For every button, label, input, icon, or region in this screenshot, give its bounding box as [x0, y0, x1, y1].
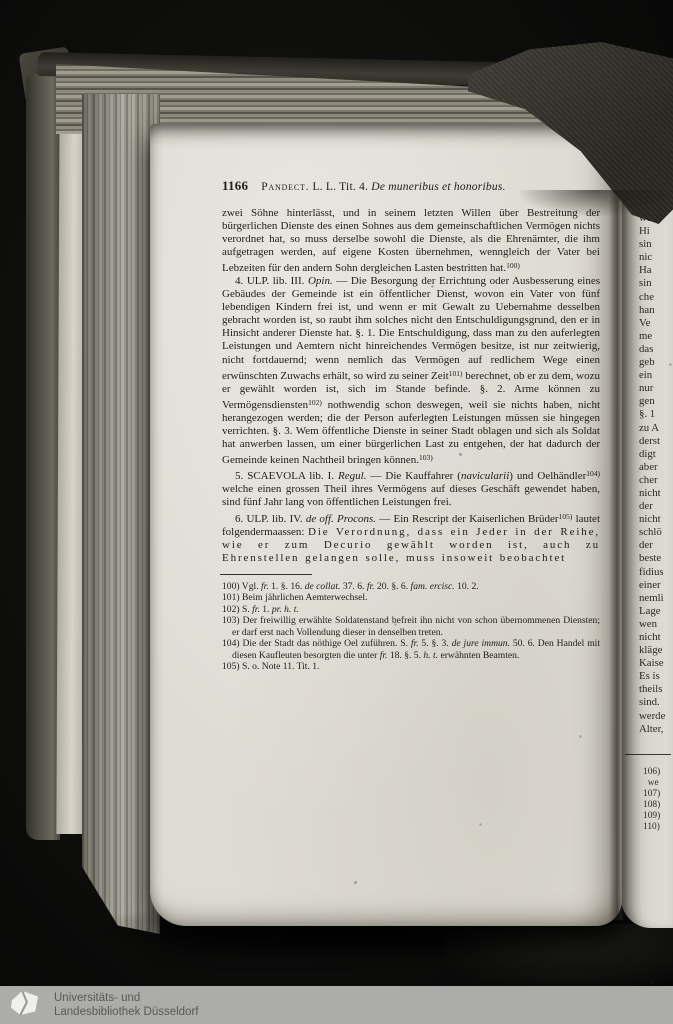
paragraph: 104) Die der Stadt das nöthige Oel zufüh…	[222, 638, 600, 661]
paragraph: 102) S. fr. 1. pr. h. t.	[222, 604, 600, 615]
text-fragment: beste	[639, 552, 665, 565]
left-page: 1166Pandect. L. L. Tit. 4. De muneribus …	[150, 124, 622, 926]
text-fragment: schlö	[639, 526, 665, 539]
text-fragment: 108)	[643, 800, 660, 811]
text-segment: 101) Beim jährlichen Aemterwechsel.	[222, 592, 367, 603]
paragraph: 4. ULP. lib. III. Opin. — Die Besorgung …	[222, 275, 600, 467]
text-segment: fr.	[411, 638, 419, 649]
text-fragment: sind.	[639, 696, 665, 709]
page-footnotes: 100) Vgl. fr. 1. §. 16. de collat. 37. 6…	[222, 581, 600, 673]
text-segment: 103)	[419, 453, 433, 462]
text-fragment: der	[639, 539, 665, 552]
text-fragment: wen	[639, 618, 665, 631]
text-fragment: Lage	[639, 605, 665, 618]
text-fragment: der	[639, 500, 665, 513]
text-fragment: Kaise	[639, 657, 665, 670]
text-fragment: han	[639, 304, 665, 317]
book-gutter-crease	[609, 128, 624, 920]
text-fragment: digt	[639, 448, 665, 461]
text-segment: fr.	[261, 581, 269, 592]
text-fragment: Ve	[639, 317, 665, 330]
library-name-line1: Universitäts- und	[54, 992, 140, 1004]
paragraph: 103) Der freiwillig erwählte Soldatensta…	[222, 615, 600, 638]
text-segment: 102) S.	[222, 604, 252, 615]
text-fragment: cher	[639, 474, 665, 487]
text-segment: 1166	[222, 178, 248, 193]
background-shadow	[445, 924, 673, 988]
text-segment: 105)	[559, 512, 573, 521]
text-fragment: Ha	[639, 264, 665, 277]
text-segment: Pandect.	[261, 181, 309, 193]
text-fragment: me	[639, 330, 665, 343]
text-segment: 1.	[260, 604, 272, 615]
right-page-sliver: weHisinnicHasinchehanVemedasgebeinnurgen…	[621, 166, 673, 928]
text-fragment: gen	[639, 395, 665, 408]
text-segment: — Ein Rescript der Kaiserlichen Brüder	[376, 513, 559, 525]
book-cover-corner-shadow	[520, 190, 670, 216]
text-fragment: derst	[639, 435, 665, 448]
text-fragment: werde	[639, 710, 665, 723]
paragraph: 6. ULP. lib. IV. de off. Procons. — Ein …	[222, 510, 600, 565]
text-fragment: 109)	[643, 811, 660, 822]
text-segment: 102)	[308, 398, 322, 407]
library-logo-icon	[9, 989, 41, 1022]
text-fragment: das	[639, 343, 665, 356]
text-fragment: zu A	[639, 422, 665, 435]
text-segment: fr.	[252, 604, 260, 615]
library-watermark-bar: Universitäts- und Landesbibliothek Düsse…	[0, 986, 673, 1024]
text-fragment: Es is	[639, 670, 665, 683]
text-segment: 103) Der freiwillig erwählte Soldatensta…	[222, 615, 600, 637]
text-fragment: Alter,	[639, 723, 665, 736]
text-segment: 100)	[506, 261, 520, 270]
page-edges-left	[82, 94, 160, 934]
text-fragment: nur	[639, 382, 665, 395]
text-segment: 10. 2.	[455, 581, 479, 592]
text-segment: fam. ercisc.	[411, 581, 455, 592]
text-fragment: nic	[639, 251, 665, 264]
text-segment: 20. §. 6.	[375, 581, 411, 592]
book-scan-photo: weHisinnicHasinchehanVemedasgebeinnurgen…	[0, 0, 673, 1024]
text-segment: 4. ULP. lib. III.	[235, 275, 308, 287]
text-segment: 1. §. 16.	[269, 581, 305, 592]
paragraph: 101) Beim jährlichen Aemterwechsel.	[222, 592, 600, 603]
text-segment: de off. Procons.	[306, 513, 376, 525]
text-fragment: sin	[639, 238, 665, 251]
book-cover-left-edge	[26, 74, 60, 840]
text-fragment: theils	[639, 683, 665, 696]
text-segment: 5. SCAEVOLA lib. I.	[235, 470, 338, 482]
text-fragment: ein	[639, 369, 665, 382]
paragraph: zwei Söhne hinterlässt, und in seinem le…	[222, 207, 600, 275]
footnote-separator-rule	[220, 574, 312, 575]
text-segment: 37. 6.	[340, 581, 366, 592]
text-segment: welche einen grossen Theil ihres Vermöge…	[222, 483, 600, 508]
text-segment: pr. h. t.	[272, 604, 299, 615]
text-segment: L. L. Tit. 4.	[309, 181, 371, 193]
text-segment: Opin.	[308, 275, 333, 287]
right-page-text-fragments: weHisinnicHasinchehanVemedasgebeinnurgen…	[639, 212, 665, 736]
text-fragment: nicht	[639, 487, 665, 500]
text-fragment: aber	[639, 461, 665, 474]
right-page-footnote-fragments: 106) we107)108)109)110)	[643, 767, 660, 832]
text-segment: de collat.	[305, 581, 341, 592]
page-body-text: zwei Söhne hinterlässt, und in seinem le…	[222, 207, 600, 565]
text-segment: 18. §. 5.	[387, 650, 423, 661]
text-segment: fr.	[367, 581, 375, 592]
library-name: Universitäts- und Landesbibliothek Düsse…	[54, 991, 198, 1019]
text-fragment: fidius	[639, 566, 665, 579]
text-segment: Regul.	[338, 470, 366, 482]
text-fragment: kläge	[639, 644, 665, 657]
text-fragment: 107)	[643, 789, 660, 800]
paragraph: 105) S. o. Note 11. Tit. 1.	[222, 661, 600, 672]
text-segment: zwei Söhne hinterlässt, und in seinem le…	[222, 207, 600, 274]
text-segment: 104)	[586, 469, 600, 478]
text-segment: 6. ULP. lib. IV.	[235, 513, 306, 525]
paper-specks	[150, 124, 151, 125]
text-segment: 105) S. o. Note 11. Tit. 1.	[222, 661, 319, 672]
page-text-column: 1166Pandect. L. L. Tit. 4. De muneribus …	[222, 166, 600, 673]
text-segment: — Die Kauffahrer (	[366, 470, 461, 482]
text-segment: De muneribus et honoribus.	[371, 181, 505, 193]
text-segment: erwähnten Beamten.	[438, 650, 519, 661]
text-fragment: we	[643, 778, 660, 789]
text-fragment: Hi	[639, 225, 665, 238]
text-fragment: che	[639, 291, 665, 304]
text-fragment: einer	[639, 579, 665, 592]
paragraph: 100) Vgl. fr. 1. §. 16. de collat. 37. 6…	[222, 581, 600, 592]
text-segment: 100) Vgl.	[222, 581, 261, 592]
library-name-line2: Landesbibliothek Düsseldorf	[54, 1006, 198, 1018]
text-fragment: nicht	[639, 513, 665, 526]
text-fragment: 106)	[643, 767, 660, 778]
text-fragment: 110)	[643, 822, 660, 833]
text-fragment: nicht	[639, 631, 665, 644]
text-fragment: §. 1	[639, 408, 665, 421]
text-segment: 101)	[449, 369, 463, 378]
text-segment: 104) Die der Stadt das nöthige Oel zufüh…	[222, 638, 411, 649]
text-fragment: sin	[639, 277, 665, 290]
text-segment: 5. §. 3.	[419, 638, 452, 649]
text-fragment: nemli	[639, 592, 665, 605]
paragraph: 5. SCAEVOLA lib. I. Regul. — Die Kauffah…	[222, 467, 600, 509]
text-segment: ) und Oelhändler	[509, 470, 586, 482]
text-segment: navicularii	[461, 470, 509, 482]
right-page-footnote-rule	[625, 754, 671, 755]
text-segment: — Die Besorgung der Errichtung oder Ausb…	[222, 275, 600, 382]
text-segment: h. t.	[423, 650, 438, 661]
text-fragment: geb	[639, 356, 665, 369]
text-segment: de jure immun.	[452, 638, 510, 649]
